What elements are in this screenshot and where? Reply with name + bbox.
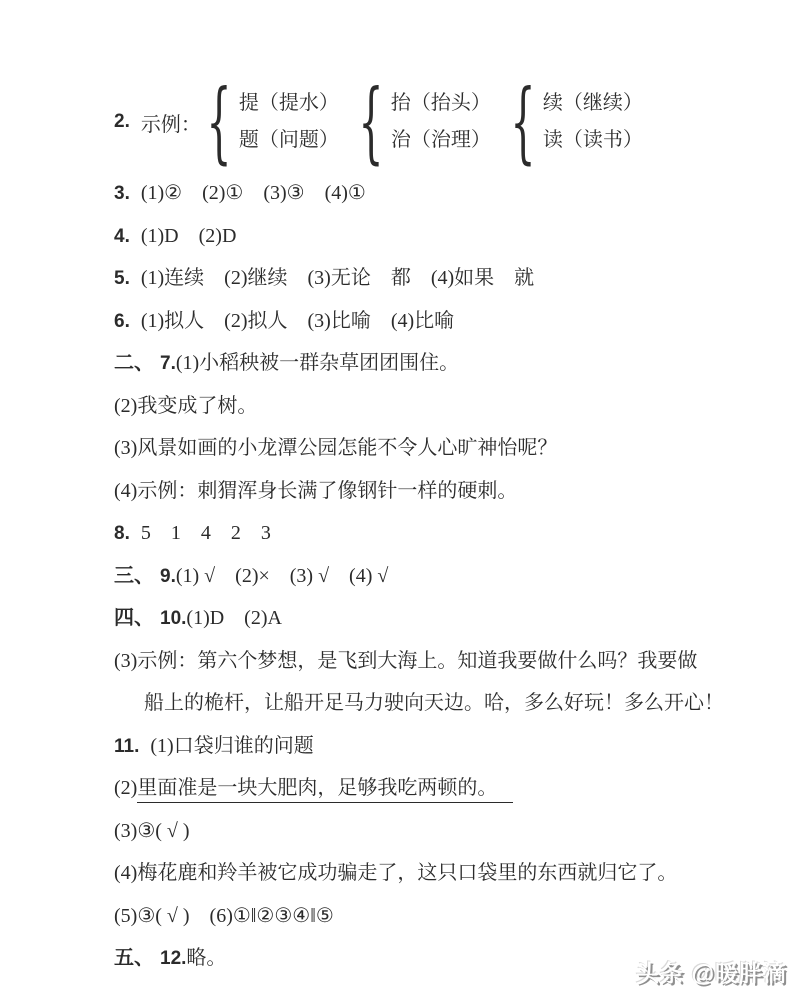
brace-pair-top: 抬（抬头） bbox=[391, 85, 491, 122]
question-2-answer: 2. 示例： {提（提水）题（问题）{抬（抬头）治（治理）{续（继续）读（读书） bbox=[114, 78, 733, 166]
answer-text: 5 1 4 2 3 bbox=[141, 522, 271, 544]
underlined-answer-text: 里面准是一块大肥肉，足够我吃两顿的。 bbox=[137, 777, 513, 803]
answer-text: (1)拟人 (2)拟人 (3)比喻 (4)比喻 bbox=[141, 310, 454, 332]
answer-line: 三、9.(1) √ (2)× (3) √ (4) √ bbox=[114, 555, 733, 598]
question-number: 6. bbox=[114, 311, 130, 332]
answer-text: (1)② (2)① (3)③ (4)① bbox=[141, 182, 366, 204]
question-number: 12. bbox=[160, 948, 186, 969]
answer-text: (1)连续 (2)继续 (3)无论 都 (4)如果 就 bbox=[141, 267, 534, 289]
left-brace-glyph: { bbox=[358, 82, 383, 162]
left-brace-glyph: { bbox=[510, 82, 535, 162]
question-number: 11. bbox=[114, 736, 139, 757]
question-2-label: 示例： bbox=[141, 108, 201, 137]
question-number: 3. bbox=[114, 183, 130, 204]
answer-line: 四、10.(1)D (2)A bbox=[114, 597, 733, 640]
answer-line: 11.(1)口袋归谁的问题 bbox=[114, 725, 733, 768]
answer-line: (3)风景如画的小龙潭公园怎能不令人心旷神怡呢？ bbox=[114, 427, 733, 470]
answer-line: 二、7.(1)小稻秧被一群杂草团团围住。 bbox=[114, 342, 733, 385]
section-number: 二、 bbox=[114, 352, 154, 374]
answer-text: (1)D (2)A bbox=[186, 607, 282, 629]
brace-group: {续（继续）读（读书） bbox=[505, 82, 643, 162]
answer-line: (5)③( √ ) (6)①‖②③④‖⑤ bbox=[114, 895, 733, 938]
answer-line: (2)里面准是一块大肥肉，足够我吃两顿的。 bbox=[114, 767, 733, 810]
brace-pair-bottom: 题（问题） bbox=[239, 122, 339, 159]
answer-line: 3.(1)② (2)① (3)③ (4)① bbox=[114, 172, 733, 215]
answer-text: (4)示例：刺猬浑身长满了像钢针一样的硬刺。 bbox=[114, 480, 517, 502]
answer-text: (2)我变成了树。 bbox=[114, 395, 257, 417]
answer-line: (3)示例：第六个梦想，是飞到大海上。知道我要做什么吗？我要做 bbox=[114, 640, 733, 683]
question-number: 8. bbox=[114, 523, 130, 544]
answer-line: 5.(1)连续 (2)继续 (3)无论 都 (4)如果 就 bbox=[114, 257, 733, 300]
answer-key-document: 2. 示例： {提（提水）题（问题）{抬（抬头）治（治理）{续（继续）读（读书）… bbox=[0, 0, 793, 994]
answer-text: (1)D (2)D bbox=[141, 225, 237, 247]
question-number: 9. bbox=[160, 566, 176, 587]
answer-text: 略。 bbox=[186, 947, 226, 969]
section-number: 四、 bbox=[114, 607, 154, 629]
answer-text: (1) √ (2)× (3) √ (4) √ bbox=[176, 565, 389, 587]
answer-text: (5)③( √ ) (6)①‖②③④‖⑤ bbox=[114, 905, 334, 927]
answer-lines: 3.(1)② (2)① (3)③ (4)①4.(1)D (2)D5.(1)连续 … bbox=[114, 172, 733, 980]
answer-text: (3)示例：第六个梦想，是飞到大海上。知道我要做什么吗？我要做 bbox=[114, 650, 697, 672]
section-number: 五、 bbox=[114, 947, 154, 969]
answer-line: (4)示例：刺猬浑身长满了像钢针一样的硬刺。 bbox=[114, 470, 733, 513]
answer-line: 船上的桅杆，让船开足马力驶向天边。哈，多么好玩！多么开心！ bbox=[114, 682, 733, 725]
left-brace-glyph: { bbox=[206, 82, 231, 162]
answer-text: (2) bbox=[114, 777, 137, 799]
question-number: 5. bbox=[114, 268, 130, 289]
question-number: 10. bbox=[160, 608, 186, 629]
brace-groups: {提（提水）题（问题）{抬（抬头）治（治理）{续（继续）读（读书） bbox=[201, 82, 657, 162]
section-number: 三、 bbox=[114, 565, 154, 587]
answer-text: (3)③( √ ) bbox=[114, 820, 190, 842]
brace-group: {抬（抬头）治（治理） bbox=[353, 82, 491, 162]
answer-text: (1)口袋归谁的问题 bbox=[150, 735, 313, 757]
answer-text: (1)小稻秧被一群杂草团团围住。 bbox=[176, 352, 459, 374]
toutiao-watermark: 头条 @暖胖滴 bbox=[636, 955, 787, 988]
brace-pair-top: 提（提水） bbox=[239, 85, 339, 122]
brace-group: {提（提水）题（问题） bbox=[201, 82, 339, 162]
brace-pair-bottom: 读（读书） bbox=[543, 122, 643, 159]
answer-text: (4)梅花鹿和羚羊被它成功骗走了，这只口袋里的东西就归它了。 bbox=[114, 862, 677, 884]
answer-text: (3)风景如画的小龙潭公园怎能不令人心旷神怡呢？ bbox=[114, 437, 557, 459]
brace-pair-top: 续（继续） bbox=[543, 85, 643, 122]
brace-pair-bottom: 治（治理） bbox=[391, 122, 491, 159]
question-number: 4. bbox=[114, 226, 130, 247]
answer-line: 8.5 1 4 2 3 bbox=[114, 512, 733, 555]
answer-text: 船上的桅杆，让船开足马力驶向天边。哈，多么好玩！多么开心！ bbox=[144, 692, 724, 714]
question-number: 7. bbox=[160, 353, 176, 374]
answer-line: (4)梅花鹿和羚羊被它成功骗走了，这只口袋里的东西就归它了。 bbox=[114, 852, 733, 895]
answer-line: 4.(1)D (2)D bbox=[114, 215, 733, 258]
answer-line: (3)③( √ ) bbox=[114, 810, 733, 853]
answer-line: (2)我变成了树。 bbox=[114, 385, 733, 428]
answer-line: 6.(1)拟人 (2)拟人 (3)比喻 (4)比喻 bbox=[114, 300, 733, 343]
question-2-number: 2. bbox=[114, 111, 130, 133]
